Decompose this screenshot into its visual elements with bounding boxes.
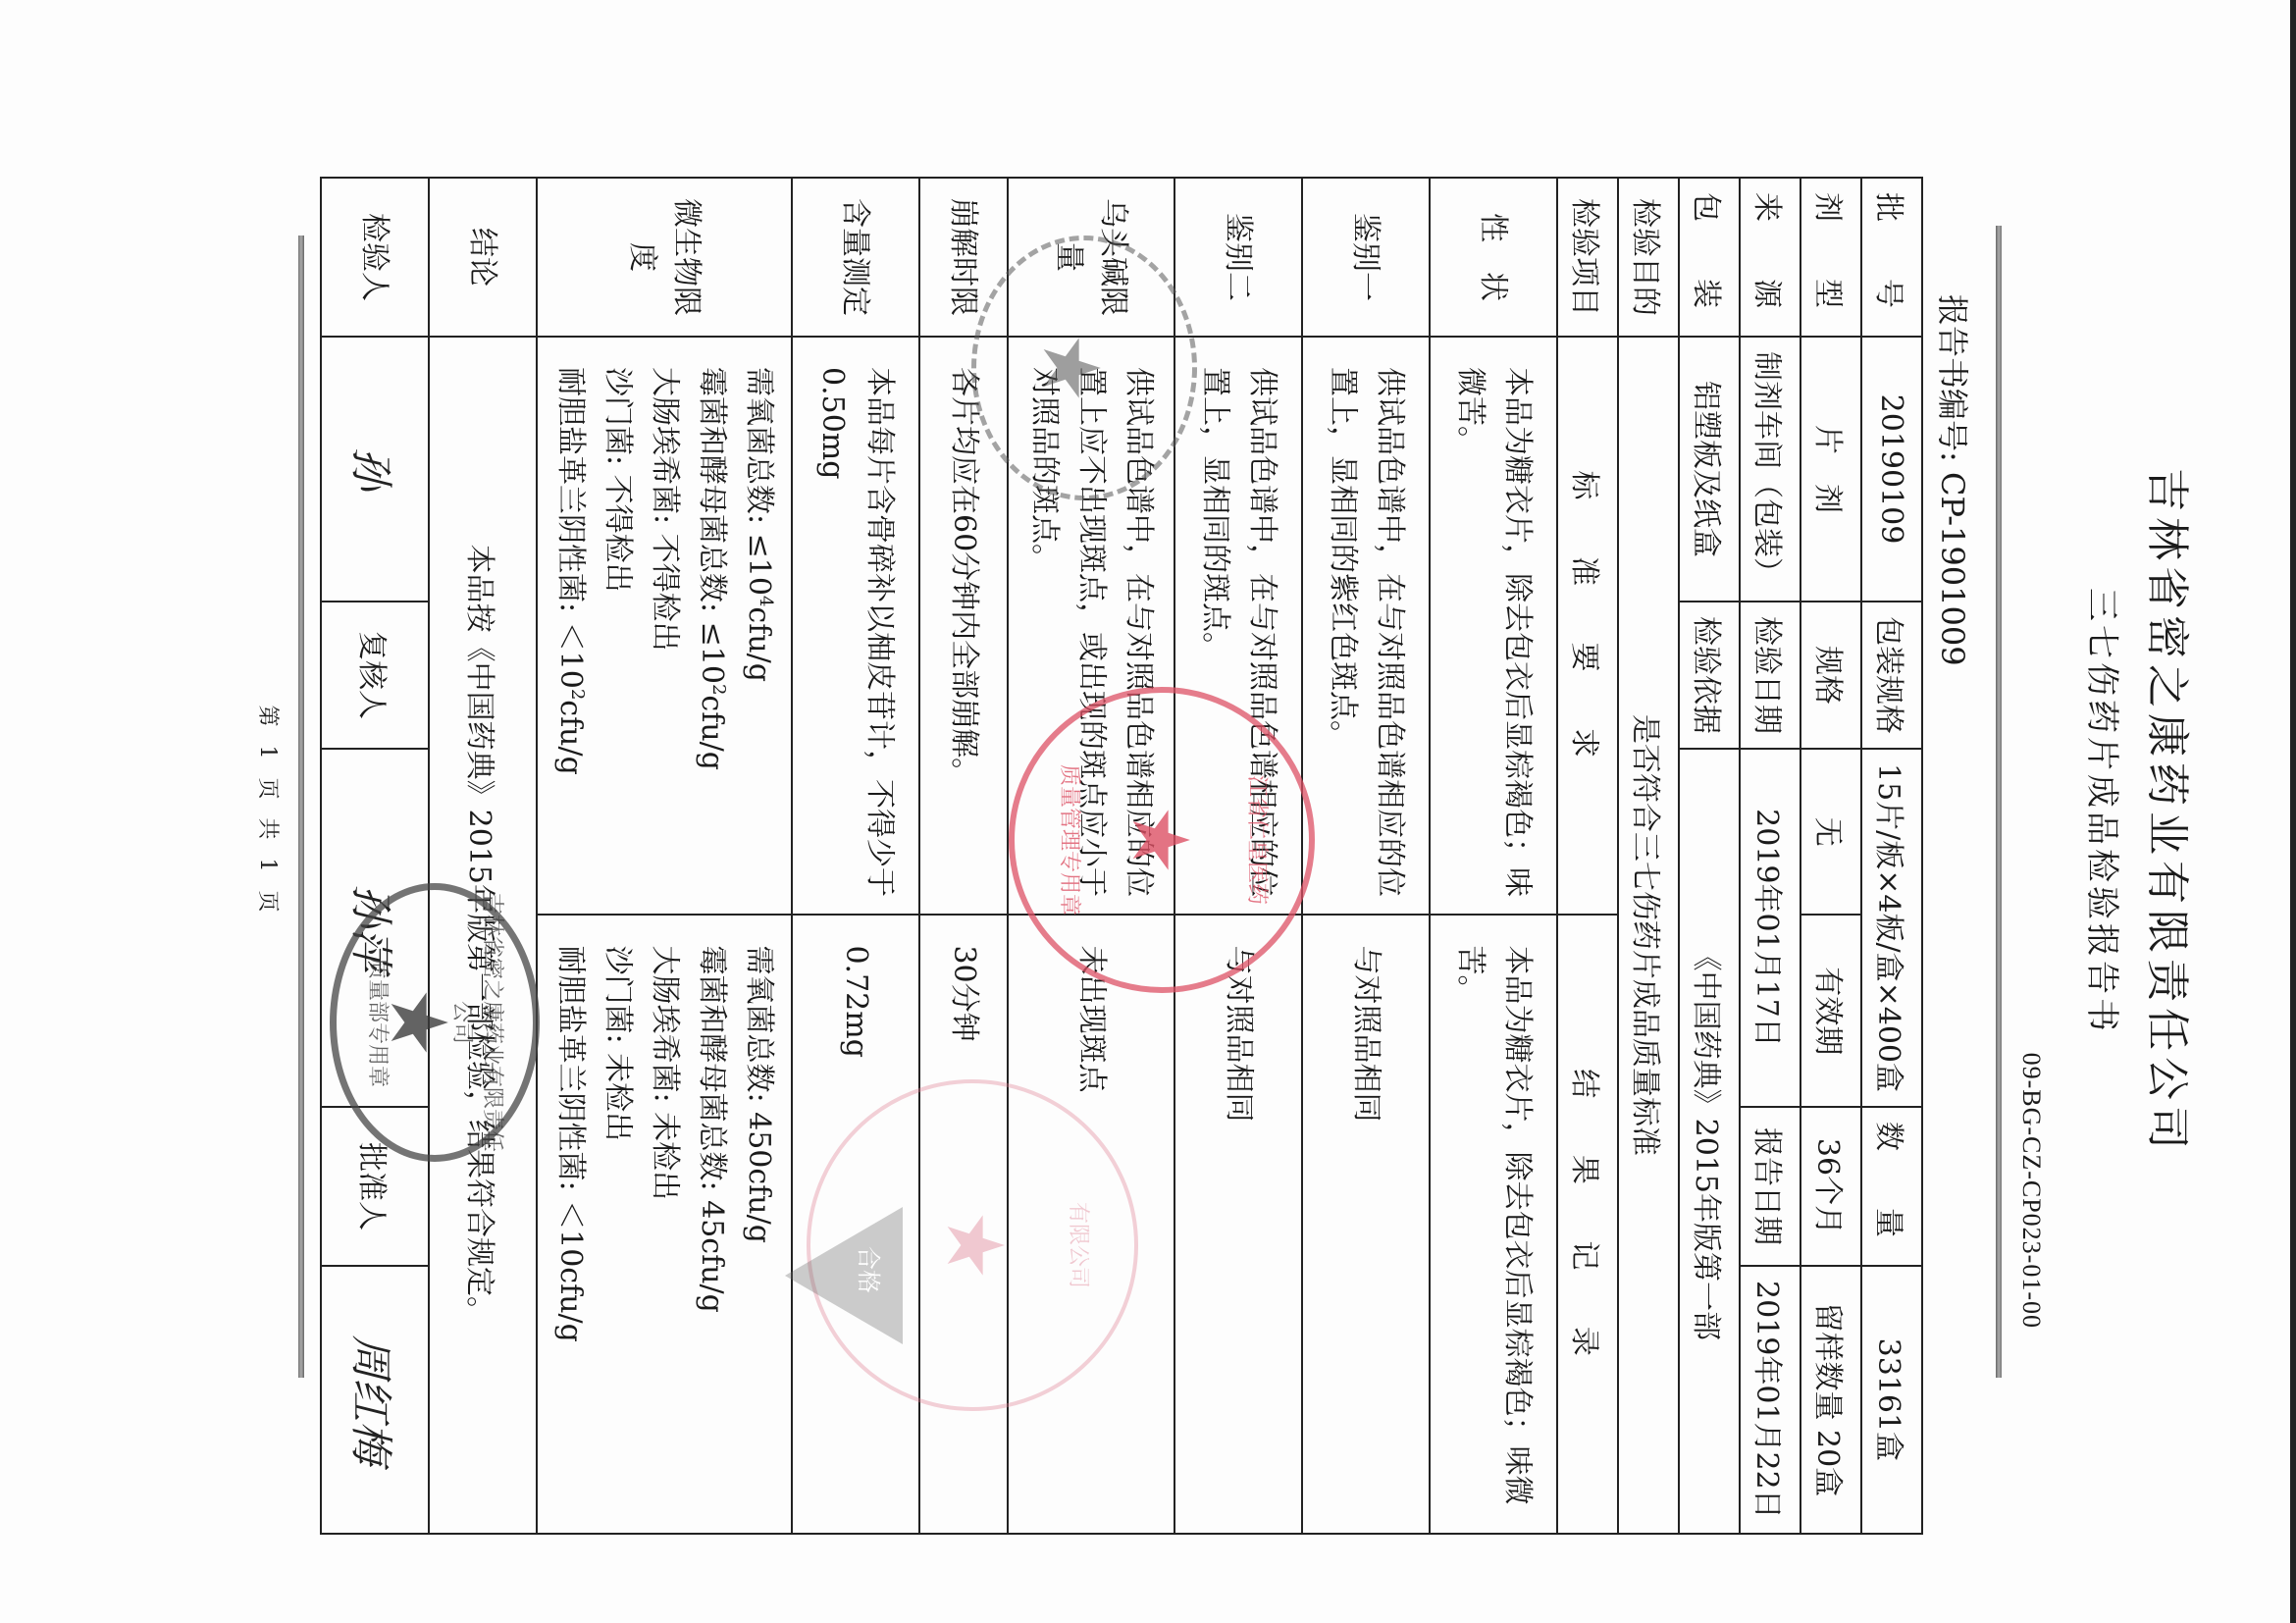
value-report-date: 2019年01月22日 bbox=[1740, 1266, 1800, 1534]
item-identification-2: 鉴别二 bbox=[1174, 178, 1302, 337]
label-spec: 规格 bbox=[1800, 602, 1861, 749]
table-row: 鉴别二 供试品色谱中，在与对照品色谱相应的位置上，显相同的斑点。 与对照品相同 bbox=[1174, 178, 1302, 1534]
item-identification-1: 鉴别一 bbox=[1302, 178, 1430, 337]
value-purpose: 是否符合三七伤药片成品质量标准 bbox=[1618, 337, 1679, 1534]
label-report-date: 报告日期 bbox=[1740, 1107, 1800, 1266]
inspector-signature: 孙 bbox=[321, 337, 429, 602]
label-test-date: 检验日期 bbox=[1740, 602, 1800, 749]
standard-cell: 供试品色谱中，在与对照品色谱相应的位置上，显相同的斑点。 bbox=[1174, 337, 1302, 915]
item-aconitine-limit: 乌头碱限量 bbox=[1008, 178, 1174, 337]
signature-row: 检验人 孙 复核人 孙萍 批准人 周红梅 bbox=[321, 178, 429, 1534]
item-assay: 含量测定 bbox=[792, 178, 919, 337]
report-title: 三七伤药片成品检验报告书 bbox=[2081, 0, 2129, 1623]
conclusion-label: 结论 bbox=[429, 178, 537, 337]
label-package: 包 装 bbox=[1679, 178, 1740, 337]
table-row: 乌头碱限量 供试品色谱中，在与对照品色谱相应的位置上应不出现斑点，或出现的斑点应… bbox=[1008, 178, 1174, 1534]
standard-cell: 供试品色谱中，在与对照品色谱相应的位置上，显相同的紫红色斑点。 bbox=[1302, 337, 1430, 915]
microbial-standard-line: 大肠埃希菌: 不得检出 bbox=[641, 367, 688, 900]
report-number-label: 报告书编号: bbox=[1934, 294, 1971, 462]
col-item: 检验项目 bbox=[1557, 178, 1618, 337]
result-cell: 30分钟 bbox=[919, 915, 1008, 1533]
report-number: 报告书编号: CP-1901009 bbox=[1932, 294, 1977, 666]
table-header-row: 检验项目 标 准 要 求 结 果 记 录 bbox=[1557, 178, 1618, 1534]
value-quantity: 33161盒 bbox=[1861, 1266, 1922, 1534]
microbial-result-line: 大肠埃希菌: 未检出 bbox=[641, 945, 688, 1518]
label-retain: 留样数量 bbox=[1810, 1303, 1845, 1421]
result-cell: 未出现斑点 bbox=[1008, 915, 1174, 1533]
label-purpose: 检验目的 bbox=[1618, 178, 1679, 337]
table-row: 崩解时限 各片均应在60分钟内全部崩解。 30分钟 bbox=[919, 178, 1008, 1534]
microbial-standard-line: 耐胆盐革兰阴性菌: ＜102cfu/g bbox=[547, 367, 594, 900]
result-cell: 本品为糖衣片，除去包衣后显棕褐色；味微苦。 bbox=[1430, 915, 1557, 1533]
microbial-standard: 需氧菌总数: ≤104cfu/g霉菌和酵母菌总数: ≤102cfu/g大肠埃希菌… bbox=[537, 337, 792, 915]
value-dosage: 片 剂 bbox=[1800, 337, 1861, 602]
report-page: 吉林省密之康药业有限责任公司 三七伤药片成品检验报告书 09-BG-CZ-CP0… bbox=[0, 0, 2296, 1623]
value-basis: 《中国药典》2015年版第一部 bbox=[1679, 749, 1740, 1534]
scan-edge bbox=[2290, 0, 2296, 1623]
inspection-table: 批 号 20190109 包装规格 15片/板×4板/盒×400盒 数 量 33… bbox=[320, 177, 1923, 1535]
inspector-label: 检验人 bbox=[321, 178, 429, 337]
label-pack-spec: 包装规格 bbox=[1861, 602, 1922, 749]
conclusion-text: 本品按《中国药典》2015年版第一部检验，结果符合规定。 bbox=[429, 337, 537, 1534]
microbial-result-line: 霉菌和酵母菌总数: 45cfu/g bbox=[688, 945, 735, 1518]
microbial-result-line: 沙门菌: 未检出 bbox=[594, 945, 641, 1518]
pass-stamp-text: 合格 bbox=[854, 1246, 888, 1293]
approver-label: 批准人 bbox=[321, 1107, 429, 1266]
microbial-result: 需氧菌总数: 450cfu/g霉菌和酵母菌总数: 45cfu/g大肠埃希菌: 未… bbox=[537, 915, 792, 1533]
info-row-package: 包 装 铝塑板及纸盒 检验依据 《中国药典》2015年版第一部 bbox=[1679, 178, 1740, 1534]
standard-cell: 各片均应在60分钟内全部崩解。 bbox=[919, 337, 1008, 915]
info-row-batch: 批 号 20190109 包装规格 15片/板×4板/盒×400盒 数 量 33… bbox=[1861, 178, 1922, 1534]
item-appearance: 性 状 bbox=[1430, 178, 1557, 337]
label-validity: 有效期 bbox=[1800, 915, 1861, 1107]
standard-cell: 供试品色谱中，在与对照品色谱相应的位置上应不出现斑点，或出现的斑点应小于对照品的… bbox=[1008, 337, 1174, 915]
value-source: 制剂车间（包装） bbox=[1740, 337, 1800, 602]
page-number: 第 1 页 共 1 页 bbox=[254, 0, 285, 1623]
label-batch: 批 号 bbox=[1861, 178, 1922, 337]
info-row-source: 来 源 制剂车间（包装） 检验日期 2019年01月17日 报告日期 2019年… bbox=[1740, 178, 1800, 1534]
col-standard: 标 准 要 求 bbox=[1557, 337, 1618, 915]
value-pack-spec: 15片/板×4板/盒×400盒 bbox=[1861, 749, 1922, 1107]
table-row-microbial: 微生物限度 需氧菌总数: ≤104cfu/g霉菌和酵母菌总数: ≤102cfu/… bbox=[537, 178, 792, 1534]
standard-cell: 本品为糖衣片，除去包衣后显棕褐色；味微苦。 bbox=[1430, 337, 1557, 915]
table-row: 鉴别一 供试品色谱中，在与对照品色谱相应的位置上，显相同的紫红色斑点。 与对照品… bbox=[1302, 178, 1430, 1534]
info-row-purpose: 检验目的 是否符合三七伤药片成品质量标准 bbox=[1618, 178, 1679, 1534]
value-batch: 20190109 bbox=[1861, 337, 1922, 602]
footer-rule bbox=[298, 236, 304, 1378]
company-name: 吉林省密之康药业有限责任公司 bbox=[2140, 0, 2203, 1623]
item-disintegration: 崩解时限 bbox=[919, 178, 1008, 337]
label-source: 来 源 bbox=[1740, 178, 1800, 337]
value-package: 铝塑板及纸盒 bbox=[1679, 337, 1740, 602]
label-dosage: 剂 型 bbox=[1800, 178, 1861, 337]
info-row-dosage: 剂 型 片 剂 规格 无 有效期 36个月 留样数量 20盒 bbox=[1800, 178, 1861, 1534]
value-test-date: 2019年01月17日 bbox=[1740, 749, 1800, 1107]
header-rule bbox=[1996, 226, 2002, 1378]
value-retain: 20盒 bbox=[1810, 1430, 1845, 1496]
microbial-result-line: 耐胆盐革兰阴性菌: ＜10cfu/g bbox=[547, 945, 594, 1518]
standard-cell: 本品每片含骨碎补以柚皮苷计，不得少于0.50mg bbox=[792, 337, 919, 915]
result-cell: 与对照品相同 bbox=[1302, 915, 1430, 1533]
microbial-standard-line: 沙门菌: 不得检出 bbox=[594, 367, 641, 900]
table-row: 性 状 本品为糖衣片，除去包衣后显棕褐色；味微苦。 本品为糖衣片，除去包衣后显棕… bbox=[1430, 178, 1557, 1534]
approver-signature: 周红梅 bbox=[321, 1266, 429, 1534]
microbial-result-line: 需氧菌总数: 450cfu/g bbox=[735, 945, 782, 1518]
report-number-value: CP-1901009 bbox=[1934, 472, 1971, 666]
microbial-standard-line: 霉菌和酵母菌总数: ≤102cfu/g bbox=[688, 367, 735, 900]
label-basis: 检验依据 bbox=[1679, 602, 1740, 749]
conclusion-row: 结论 本品按《中国药典》2015年版第一部检验，结果符合规定。 bbox=[429, 178, 537, 1534]
value-spec: 无 bbox=[1800, 749, 1861, 915]
col-result: 结 果 记 录 bbox=[1557, 915, 1618, 1533]
item-microbial-limit: 微生物限度 bbox=[537, 178, 792, 337]
microbial-standard-line: 需氧菌总数: ≤104cfu/g bbox=[735, 367, 782, 900]
form-code: 09-BG-CZ-CP023-01-00 bbox=[2016, 1053, 2046, 1329]
reviewer-label: 复核人 bbox=[321, 602, 429, 749]
value-validity: 36个月 bbox=[1800, 1107, 1861, 1266]
result-cell: 与对照品相同 bbox=[1174, 915, 1302, 1533]
reviewer-signature: 孙萍 bbox=[321, 749, 429, 1107]
label-quantity: 数 量 bbox=[1861, 1107, 1922, 1266]
